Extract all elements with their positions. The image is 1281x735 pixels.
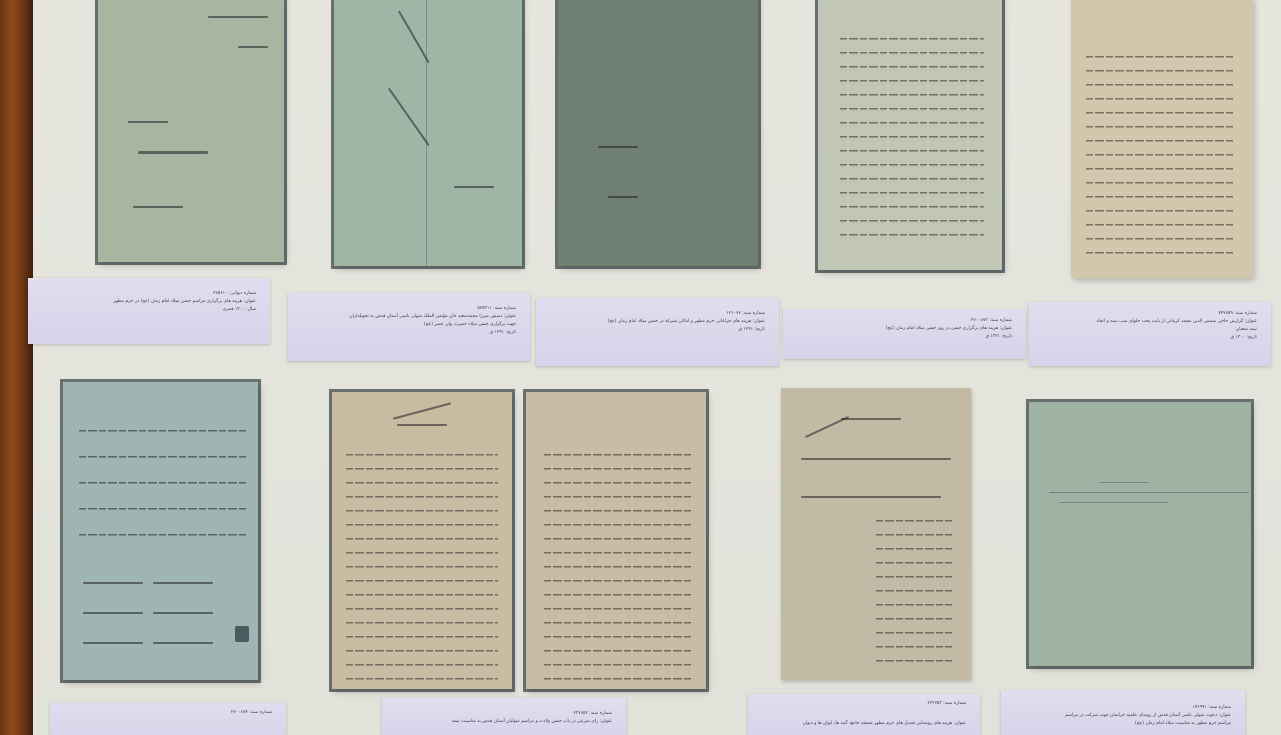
caption-label-1: شماره دیوانی: ۲۲۵۶۱۰ عنوان: هزینه های بر… (28, 278, 270, 344)
caption-label-9: شماره سند: ۱۴۶۹۹۱ عنوان: دعوت متولی باشی… (1001, 690, 1245, 735)
wooden-frame (0, 0, 33, 735)
document-top-5 (1071, 0, 1253, 278)
document-bottom-1 (63, 382, 258, 680)
caption-label-8: شماره سند: ۲۳۲۷۵۳ عنوان: هزینه های روشنا… (748, 694, 980, 735)
document-bottom-5 (1029, 402, 1251, 666)
seal-stamp (235, 626, 249, 642)
caption-label-3: شماره سند: ۱۲۱۰۷۷ عنوان: هزینه های چراغا… (536, 298, 779, 366)
caption-label-6: شماره سند: ۲۷۰۰۸۷۴ (50, 703, 286, 735)
document-top-3 (558, 0, 758, 266)
caption-label-2: شماره سند: ۵۲۵۳۱۱ عنوان: دستور میرزا محم… (288, 293, 530, 361)
caption-label-4: شماره سند: ۲۷۰۰۸۷۳ عنوان: هزینه های برگز… (783, 309, 1026, 359)
caption-label-5: شماره سند: ۷۴۷۷۵۹ عنوان: گزارش حاجی شمس … (1029, 302, 1271, 366)
document-bottom-2 (332, 392, 512, 689)
document-bottom-3 (526, 392, 706, 689)
document-bottom-4 (781, 388, 971, 680)
document-top-2 (334, 0, 522, 266)
caption-label-7: شماره سند: ۲۳۷۷۵۲ عنوان: رأی شرعی در باب… (382, 698, 626, 735)
document-top-4 (818, 0, 1002, 270)
document-top-1 (98, 0, 284, 262)
